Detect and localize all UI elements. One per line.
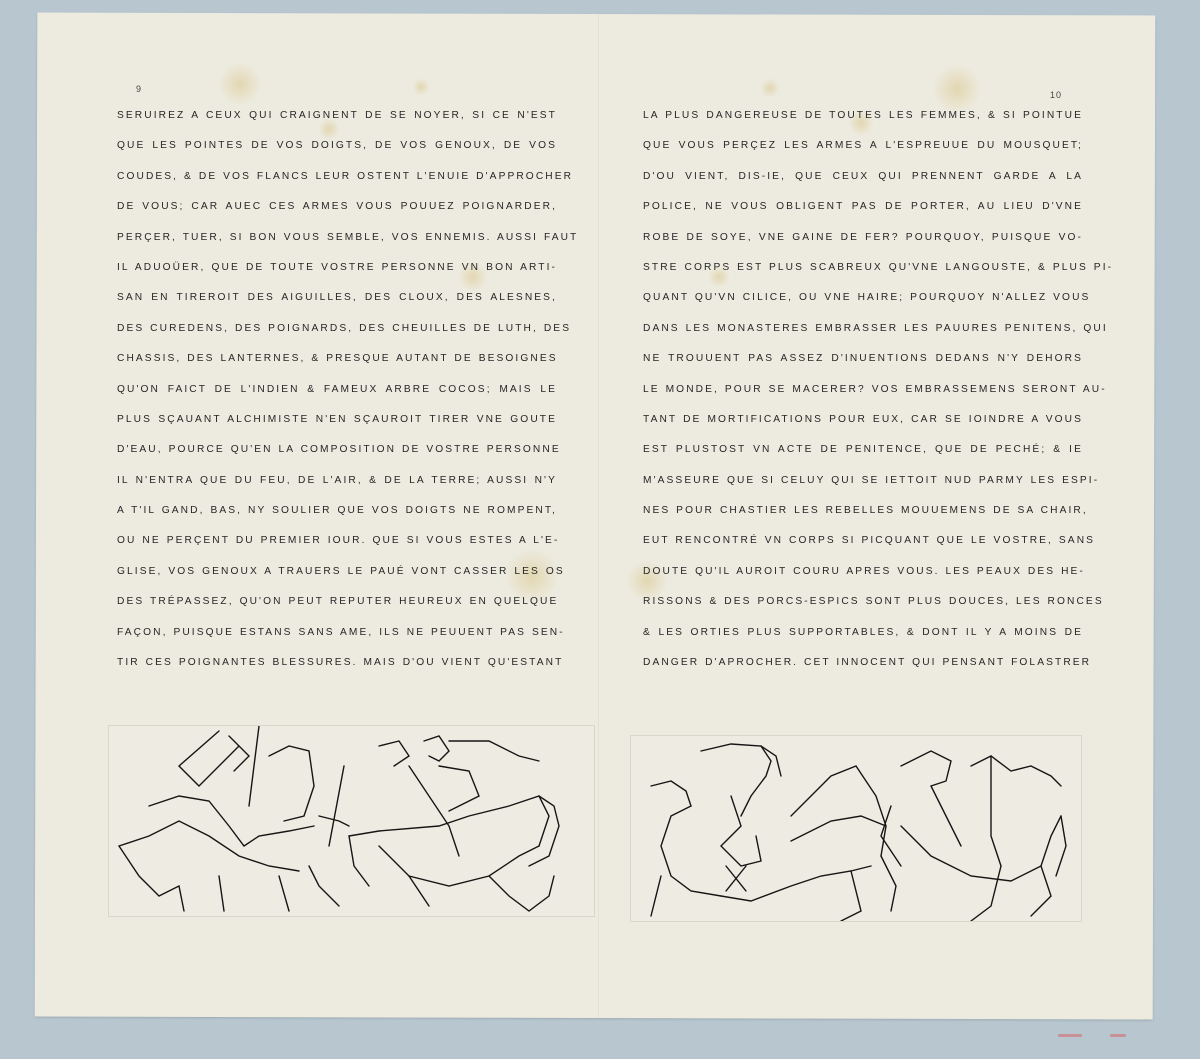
text-line: PLUS SÇAUANT ALCHIMISTE N'EN SÇAUROIT TI…: [117, 405, 557, 435]
text-line: SERUIREZ A CEUX QUI CRAIGNENT DE SE NOYE…: [117, 101, 557, 131]
illustration-right: [630, 735, 1082, 922]
text-line: DES TRÉPASSEZ, QU'ON PEUT REPUTER HEUREU…: [117, 587, 557, 617]
text-line: D'OU VIENT, DIS-IE, QUE CEUX QUI PRENNEN…: [643, 162, 1083, 192]
text-line: QUE LES POINTES DE VOS DOIGTS, DE VOS GE…: [117, 131, 557, 161]
text-line: TIR CES POIGNANTES BLESSURES. MAIS D'OU …: [117, 648, 557, 678]
text-line: QU'ON FAICT DE L'INDIEN & FAMEUX ARBRE C…: [117, 375, 557, 405]
text-line: M'ASSEURE QUE SI CELUY QUI SE IETTOIT NU…: [643, 466, 1083, 496]
text-line: NES POUR CHASTIER LES REBELLES MOUUEMENS…: [643, 496, 1083, 526]
horsemen-drawing-icon: [109, 726, 594, 916]
text-line: COUDES, & DE VOS FLANCS LEUR OSTENT L'EN…: [117, 162, 557, 192]
text-line: A T'IL GAND, BAS, NY SOULIER QUE VOS DOI…: [117, 496, 557, 526]
text-line: QUE VOUS PERÇEZ LES ARMES A L'ESPREUUE D…: [643, 131, 1083, 161]
text-line: DES CUREDENS, DES POIGNARDS, DES CHEUILL…: [117, 314, 557, 344]
red-edge-mark: [1058, 1034, 1082, 1037]
text-line: DE VOUS; CAR AUEC CES ARMES VOUS POUUEZ …: [117, 192, 557, 222]
text-line: EST PLUSTOST VN ACTE DE PENITENCE, QUE D…: [643, 435, 1083, 465]
text-line: IL N'ENTRA QUE DU FEU, DE L'AIR, & DE LA…: [117, 466, 557, 496]
text-line: DANGER D'APROCHER. CET INNOCENT QUI PENS…: [643, 648, 1083, 678]
text-line: GLISE, VOS GENOUX A TRAUERS LE PAUÉ VONT…: [117, 557, 557, 587]
text-line: & LES ORTIES PLUS SUPPORTABLES, & DONT I…: [643, 618, 1083, 648]
text-line: DOUTE QU'IL AUROIT COURU APRES VOUS. LES…: [643, 557, 1083, 587]
text-line: EUT RENCONTRÉ VN CORPS SI PICQUANT QUE L…: [643, 526, 1083, 556]
right-page-text: LA PLUS DANGEREUSE DE TOUTES LES FEMMES,…: [643, 101, 1083, 678]
left-page-text: SERUIREZ A CEUX QUI CRAIGNENT DE SE NOYE…: [117, 101, 557, 678]
text-line: SAN EN TIREROIT DES AIGUILLES, DES CLOUX…: [117, 283, 557, 313]
foxing-stain: [218, 62, 262, 106]
text-line: CHASSIS, DES LANTERNES, & PRESQUE AUTANT…: [117, 344, 557, 374]
illustration-left: [108, 725, 595, 917]
text-line: ROBE DE SOYE, VNE GAINE DE FER? POURQUOY…: [643, 223, 1083, 253]
text-line: STRE CORPS EST PLUS SCABREUX QU'VNE LANG…: [643, 253, 1083, 283]
text-line: DANS LES MONASTERES EMBRASSER LES PAUURE…: [643, 314, 1083, 344]
text-line: PERÇER, TUER, SI BON VOUS SEMBLE, VOS EN…: [117, 223, 557, 253]
text-line: D'EAU, POURCE QU'EN LA COMPOSITION DE VO…: [117, 435, 557, 465]
text-line: OU NE PERÇENT DU PREMIER IOUR. QUE SI VO…: [117, 526, 557, 556]
foxing-stain: [760, 78, 780, 98]
text-line: POLICE, NE VOUS OBLIGENT PAS DE PORTER, …: [643, 192, 1083, 222]
text-line: LE MONDE, POUR SE MACERER? VOS EMBRASSEM…: [643, 375, 1083, 405]
text-line: FAÇON, PUISQUE ESTANS SANS AME, ILS NE P…: [117, 618, 557, 648]
foxing-stain: [412, 78, 430, 96]
red-edge-mark: [1110, 1034, 1126, 1037]
page-number-left: 9: [136, 84, 142, 94]
page-number-right: 10: [1050, 90, 1062, 100]
text-line: IL ADUOÜER, QUE DE TOUTE VOSTRE PERSONNE…: [117, 253, 557, 283]
center-fold: [598, 14, 600, 1018]
text-line: LA PLUS DANGEREUSE DE TOUTES LES FEMMES,…: [643, 101, 1083, 131]
horsemen-drawing-icon: [631, 736, 1081, 921]
text-line: QUANT QU'VN CILICE, OU VNE HAIRE; POURQU…: [643, 283, 1083, 313]
text-line: TANT DE MORTIFICATIONS POUR EUX, CAR SE …: [643, 405, 1083, 435]
text-line: RISSONS & DES PORCS-ESPICS SONT PLUS DOU…: [643, 587, 1083, 617]
text-line: NE TROUUENT PAS ASSEZ D'INUENTIONS DEDAN…: [643, 344, 1083, 374]
